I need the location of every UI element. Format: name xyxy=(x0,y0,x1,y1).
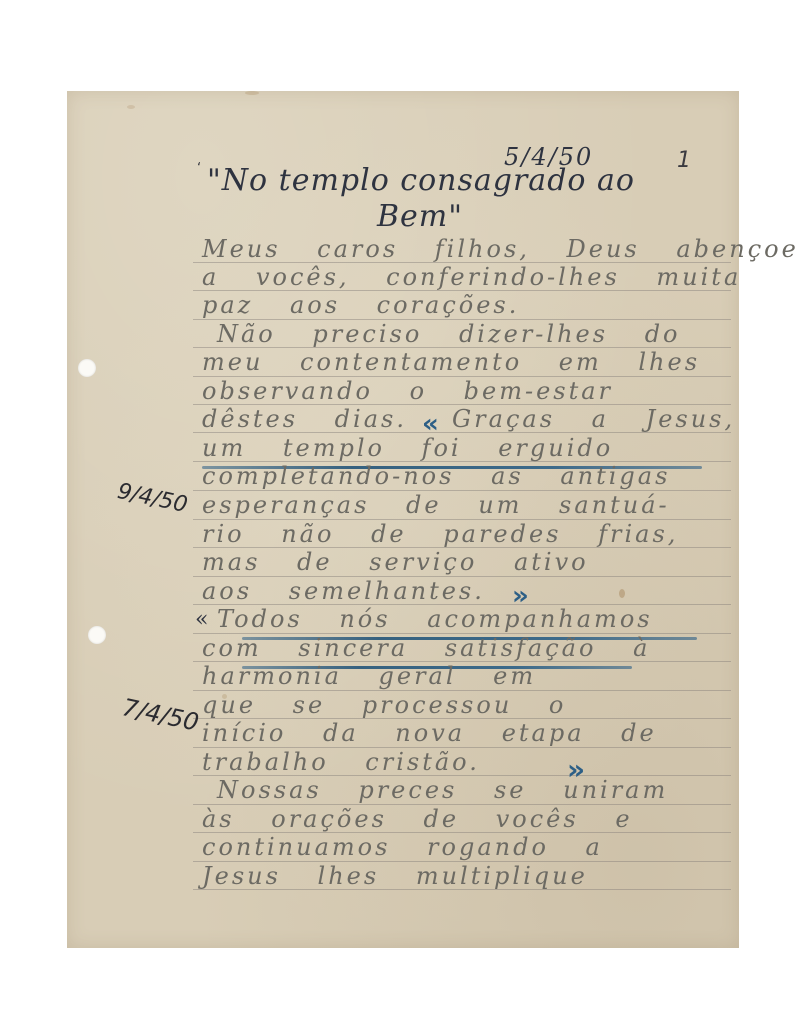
body-line-13: aos semelhantes. xyxy=(202,577,485,605)
margin-date-2: 7/4/50 xyxy=(120,693,201,736)
body-line-5: meu contentamento em lhes xyxy=(202,348,700,376)
body-line-6: observando o bem-estar xyxy=(202,377,613,405)
open-quote-marker-2: « xyxy=(195,607,209,632)
body-line-17: que se processou o xyxy=(202,691,566,719)
hole-punch-bottom xyxy=(88,626,106,644)
paper-stain xyxy=(245,91,259,95)
body-line-15: com sincera satisfação à xyxy=(202,634,650,662)
body-line-23: Jesus lhes multiplique xyxy=(202,862,588,890)
page-number: 1 xyxy=(677,148,691,173)
body-line-10: esperanças de um santuá- xyxy=(202,491,670,519)
body-line-8: um templo foi erguido xyxy=(202,434,613,462)
body-line-7-continuation: Graças a Jesus, xyxy=(452,405,735,433)
body-line-11: rio não de paredes frias, xyxy=(202,520,678,548)
hole-punch-top xyxy=(78,359,96,377)
body-line-2: a vocês, conferindo-lhes muita xyxy=(202,263,741,291)
body-line-18: início da nova etapa de xyxy=(202,719,657,747)
body-line-12: mas de serviço ativo xyxy=(202,548,589,576)
body-line-22: continuamos rogando a xyxy=(202,833,603,861)
body-line-9: completando-nos as antigas xyxy=(202,462,670,490)
manuscript-page: ‘ 5/4/50 1 "No templo consagrado ao Bem"… xyxy=(67,91,739,948)
title-open-quote: ‘ xyxy=(197,161,201,176)
body-line-7: dêstes dias. xyxy=(202,405,407,433)
body-line-1: Meus caros filhos, Deus abençoe xyxy=(202,235,799,263)
paper-stain xyxy=(619,589,625,598)
body-line-19: trabalho cristão. xyxy=(202,748,480,776)
body-line-20: Nossas preces se uniram xyxy=(217,776,668,804)
paper-stain xyxy=(127,105,135,109)
title-line-1: "No templo consagrado ao xyxy=(207,163,635,198)
body-line-3: paz aos corações. xyxy=(202,291,519,319)
body-line-14: Todos nós acompanhamos xyxy=(217,605,653,633)
body-line-4: Não preciso dizer-lhes do xyxy=(217,320,681,348)
body-line-21: às orações de vocês e xyxy=(202,805,633,833)
margin-date-1: 9/4/50 xyxy=(115,479,189,518)
body-line-16: harmonia geral em xyxy=(202,662,536,690)
title-line-2: Bem" xyxy=(377,199,463,234)
